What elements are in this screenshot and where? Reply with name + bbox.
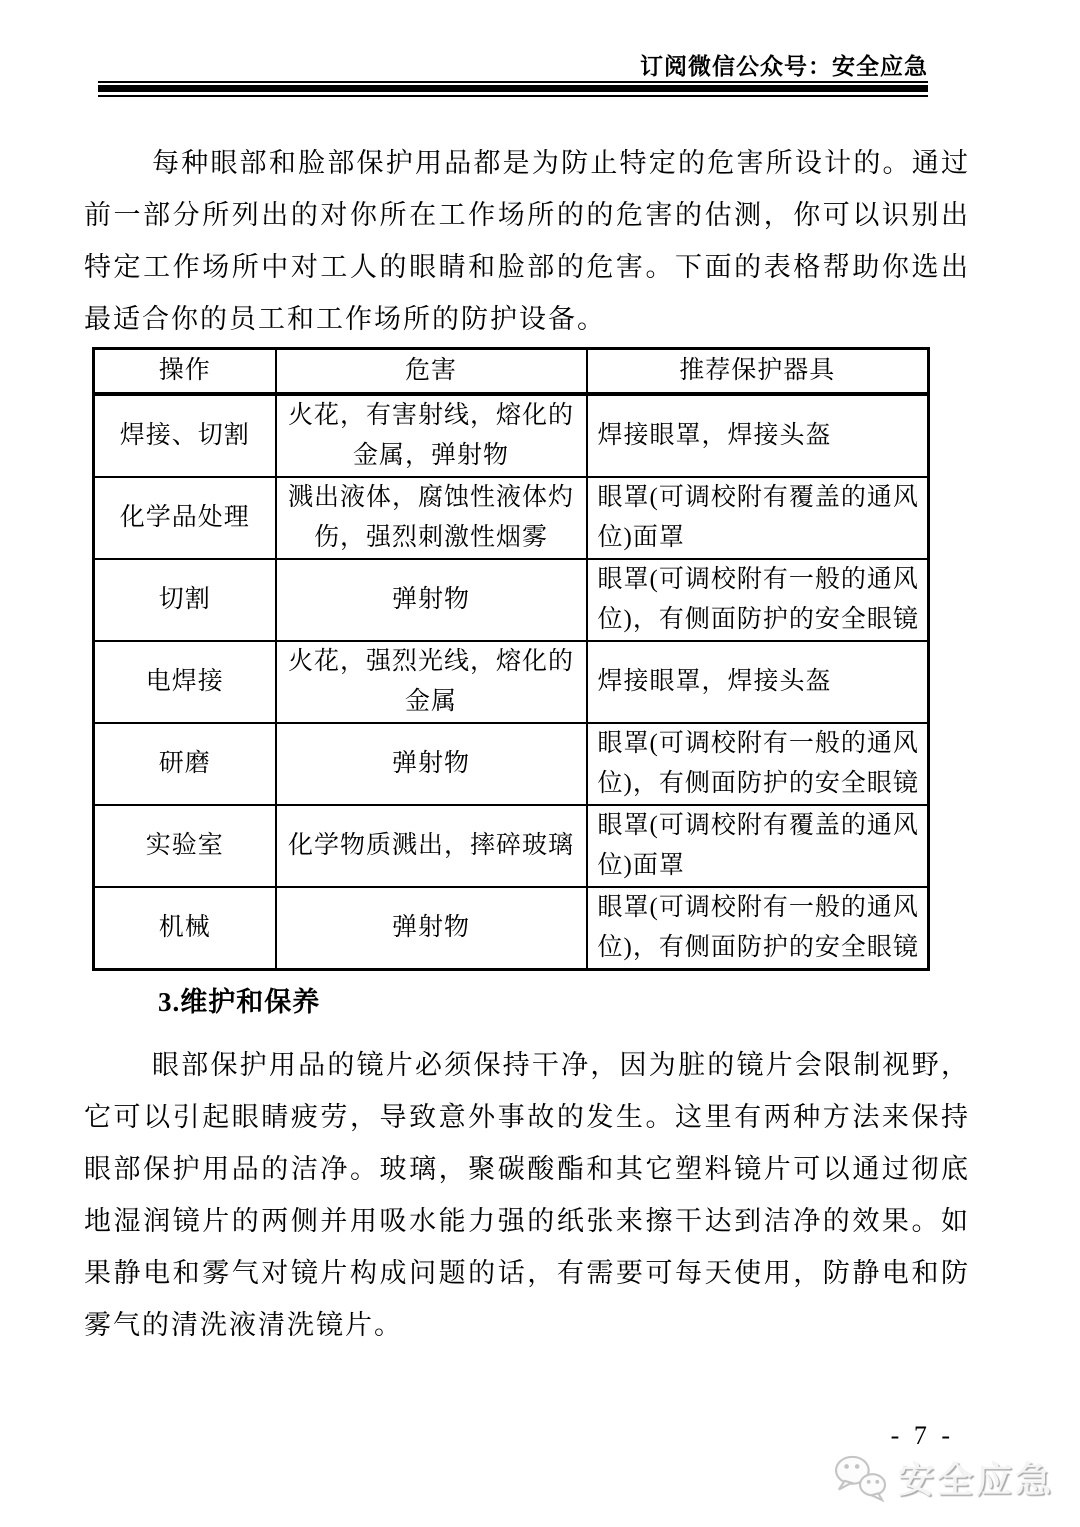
hazard-cell: 化学物质溅出，摔碎玻璃 — [276, 805, 587, 887]
maintenance-heading: 3.维护和保养 — [84, 985, 970, 1019]
column-header-hazard: 危害 — [276, 349, 587, 395]
page-header: 订阅微信公众号：安全应急 — [98, 52, 928, 97]
maintenance-line: 眼部保护用品的镜片必须保持干净，因为脏的镜片会限制视野， — [84, 1039, 970, 1091]
header-rule-thin — [98, 95, 928, 97]
column-header-protection: 推荐保护器具 — [587, 349, 929, 395]
protection-cell: 眼罩(可调校附有一般的通风位)，有侧面防护的安全眼镜 — [587, 723, 929, 805]
hazard-cell: 溅出液体，腐蚀性液体灼伤，强烈刺激性烟雾 — [276, 477, 587, 559]
operation-cell: 研磨 — [94, 723, 276, 805]
hazard-cell: 弹射物 — [276, 887, 587, 970]
header-subscription-label: 订阅微信公众号：安全应急 — [98, 52, 928, 83]
table-row: 机械 弹射物 眼罩(可调校附有一般的通风位)，有侧面防护的安全眼镜 — [94, 887, 929, 970]
maintenance-paragraph: 眼部保护用品的镜片必须保持干净，因为脏的镜片会限制视野， 它可以引起眼睛疲劳，导… — [84, 1039, 970, 1351]
document-body: 每种眼部和脸部保护用品都是为防止特定的危害所设计的。通过 前一部分所列出的对你所… — [84, 137, 970, 1351]
protection-cell: 焊接眼罩，焊接头盔 — [587, 394, 929, 477]
table-row: 焊接、切割 火花，有害射线，熔化的金属，弹射物 焊接眼罩，焊接头盔 — [94, 394, 929, 477]
intro-line: 前一部分所列出的对你所在工作场所的的危害的估测，你可以识别出 — [84, 189, 970, 241]
table-header-row: 操作 危害 推荐保护器具 — [94, 349, 929, 395]
watermark: 安全应急 — [832, 1452, 1054, 1503]
table-row: 化学品处理 溅出液体，腐蚀性液体灼伤，强烈刺激性烟雾 眼罩(可调校附有覆盖的通风… — [94, 477, 929, 559]
protection-cell: 眼罩(可调校附有一般的通风位)，有侧面防护的安全眼镜 — [587, 559, 929, 641]
hazard-cell: 弹射物 — [276, 723, 587, 805]
operation-cell: 电焊接 — [94, 641, 276, 723]
protection-cell: 眼罩(可调校附有覆盖的通风位)面罩 — [587, 805, 929, 887]
hazard-cell: 弹射物 — [276, 559, 587, 641]
protection-cell: 焊接眼罩，焊接头盔 — [587, 641, 929, 723]
watermark-label: 安全应急 — [898, 1452, 1054, 1503]
table-row: 研磨 弹射物 眼罩(可调校附有一般的通风位)，有侧面防护的安全眼镜 — [94, 723, 929, 805]
table-row: 切割 弹射物 眼罩(可调校附有一般的通风位)，有侧面防护的安全眼镜 — [94, 559, 929, 641]
intro-line: 特定工作场所中对工人的眼睛和脸部的危害。下面的表格帮助你选出 — [84, 241, 970, 293]
maintenance-line: 眼部保护用品的洁净。玻璃，聚碳酸酯和其它塑料镜片可以通过彻底 — [84, 1143, 970, 1195]
hazard-cell: 火花，有害射线，熔化的金属，弹射物 — [276, 394, 587, 477]
protection-cell: 眼罩(可调校附有覆盖的通风位)面罩 — [587, 477, 929, 559]
wechat-icon — [832, 1454, 890, 1502]
intro-line: 每种眼部和脸部保护用品都是为防止特定的危害所设计的。通过 — [84, 137, 970, 189]
operation-cell: 切割 — [94, 559, 276, 641]
operation-cell: 实验室 — [94, 805, 276, 887]
protection-cell: 眼罩(可调校附有一般的通风位)，有侧面防护的安全眼镜 — [587, 887, 929, 970]
table-row: 电焊接 火花，强烈光线，熔化的金属 焊接眼罩，焊接头盔 — [94, 641, 929, 723]
operation-cell: 焊接、切割 — [94, 394, 276, 477]
maintenance-line: 果静电和雾气对镜片构成问题的话，有需要可每天使用，防静电和防 — [84, 1247, 970, 1299]
operation-cell: 化学品处理 — [94, 477, 276, 559]
maintenance-line: 它可以引起眼睛疲劳，导致意外事故的发生。这里有两种方法来保持 — [84, 1091, 970, 1143]
table-row: 实验室 化学物质溅出，摔碎玻璃 眼罩(可调校附有覆盖的通风位)面罩 — [94, 805, 929, 887]
header-rule-thick — [98, 85, 928, 92]
document-page: 订阅微信公众号：安全应急 每种眼部和脸部保护用品都是为防止特定的危害所设计的。通… — [0, 0, 1080, 1527]
intro-paragraph: 每种眼部和脸部保护用品都是为防止特定的危害所设计的。通过 前一部分所列出的对你所… — [84, 137, 970, 345]
maintenance-line: 雾气的清洗液清洗镜片。 — [84, 1299, 970, 1351]
protection-table: 操作 危害 推荐保护器具 焊接、切割 火花，有害射线，熔化的金属，弹射物 焊接眼… — [92, 347, 930, 971]
page-number: - 7 - — [891, 1421, 954, 1451]
operation-cell: 机械 — [94, 887, 276, 970]
maintenance-line: 地湿润镜片的两侧并用吸水能力强的纸张来擦干达到洁净的效果。如 — [84, 1195, 970, 1247]
hazard-cell: 火花，强烈光线，熔化的金属 — [276, 641, 587, 723]
column-header-operation: 操作 — [94, 349, 276, 395]
intro-line: 最适合你的员工和工作场所的防护设备。 — [84, 293, 970, 345]
